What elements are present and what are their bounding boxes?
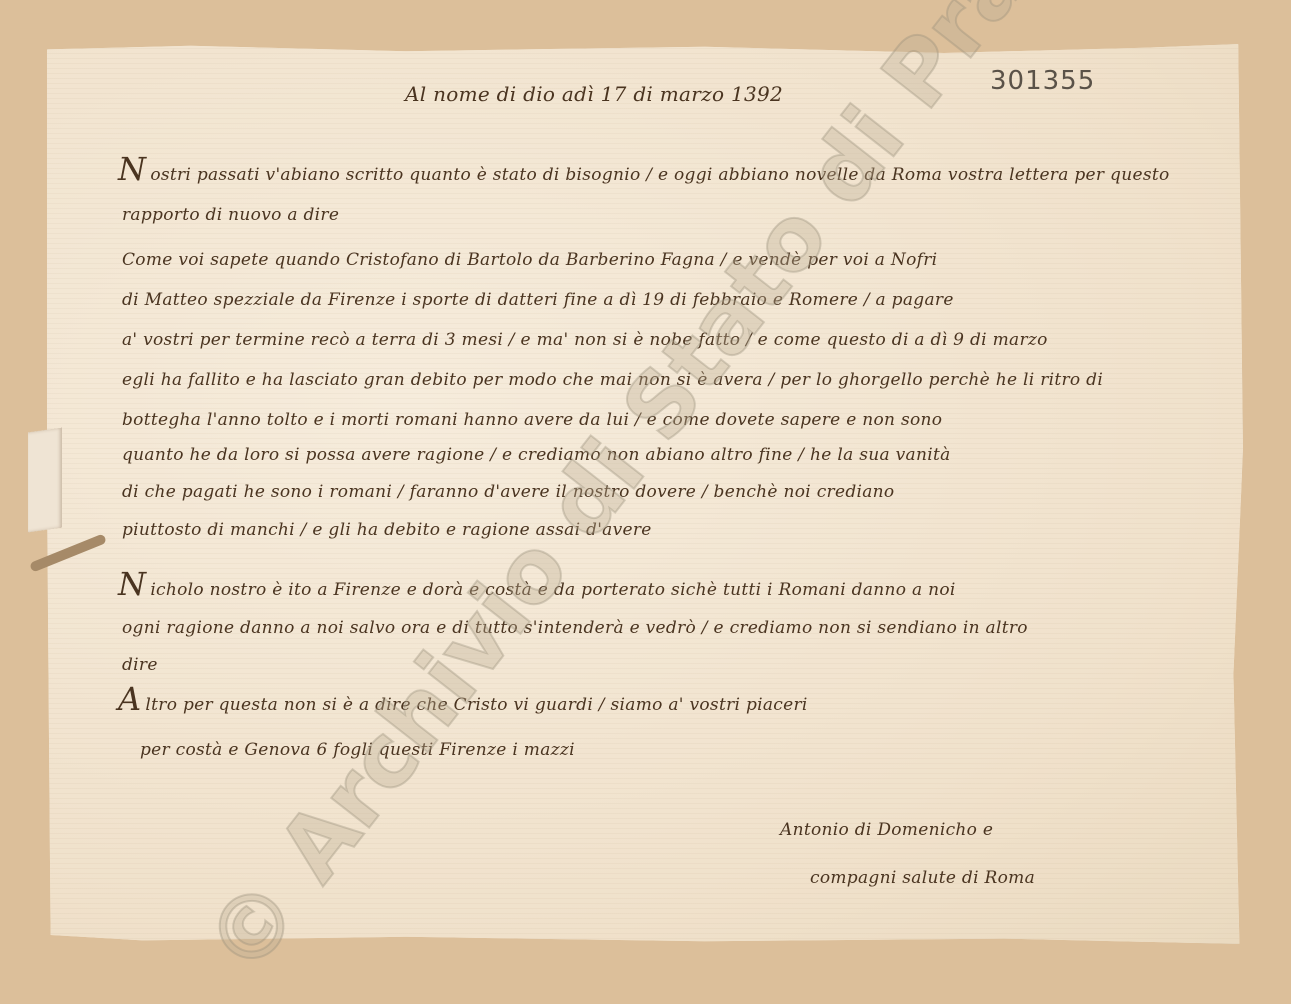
text-line: di Matteo spezziale da Firenze i sporte … (122, 290, 954, 310)
text-line: quanto he da loro si possa avere ragione… (122, 445, 951, 465)
text-line: ogni ragione danno a noi salvo ora e di … (122, 618, 1028, 638)
text-line: di che pagati he sono i romani / faranno… (122, 482, 894, 502)
text-line: bottegha l'anno tolto e i morti romani h… (122, 410, 942, 430)
text-line: a' vostri per termine recò a terra di 3 … (122, 330, 1048, 350)
parchment-tab (28, 428, 62, 533)
drop-initial: N (118, 150, 146, 188)
archive-number: 301355 (990, 66, 1095, 96)
signature-line: compagni salute di Roma (810, 868, 1035, 888)
letter-heading: Al nome di dio adì 17 di marzo 1392 (405, 82, 783, 106)
text-line: dire (122, 655, 158, 675)
text-line: rapporto di nuovo a dire (122, 205, 339, 225)
drop-initial: N (118, 565, 146, 603)
drop-initial: A (118, 680, 141, 718)
text-line: Nostri passati v'abiano scritto quanto è… (118, 150, 1170, 188)
signature-line: Antonio di Domenicho e (780, 820, 993, 840)
